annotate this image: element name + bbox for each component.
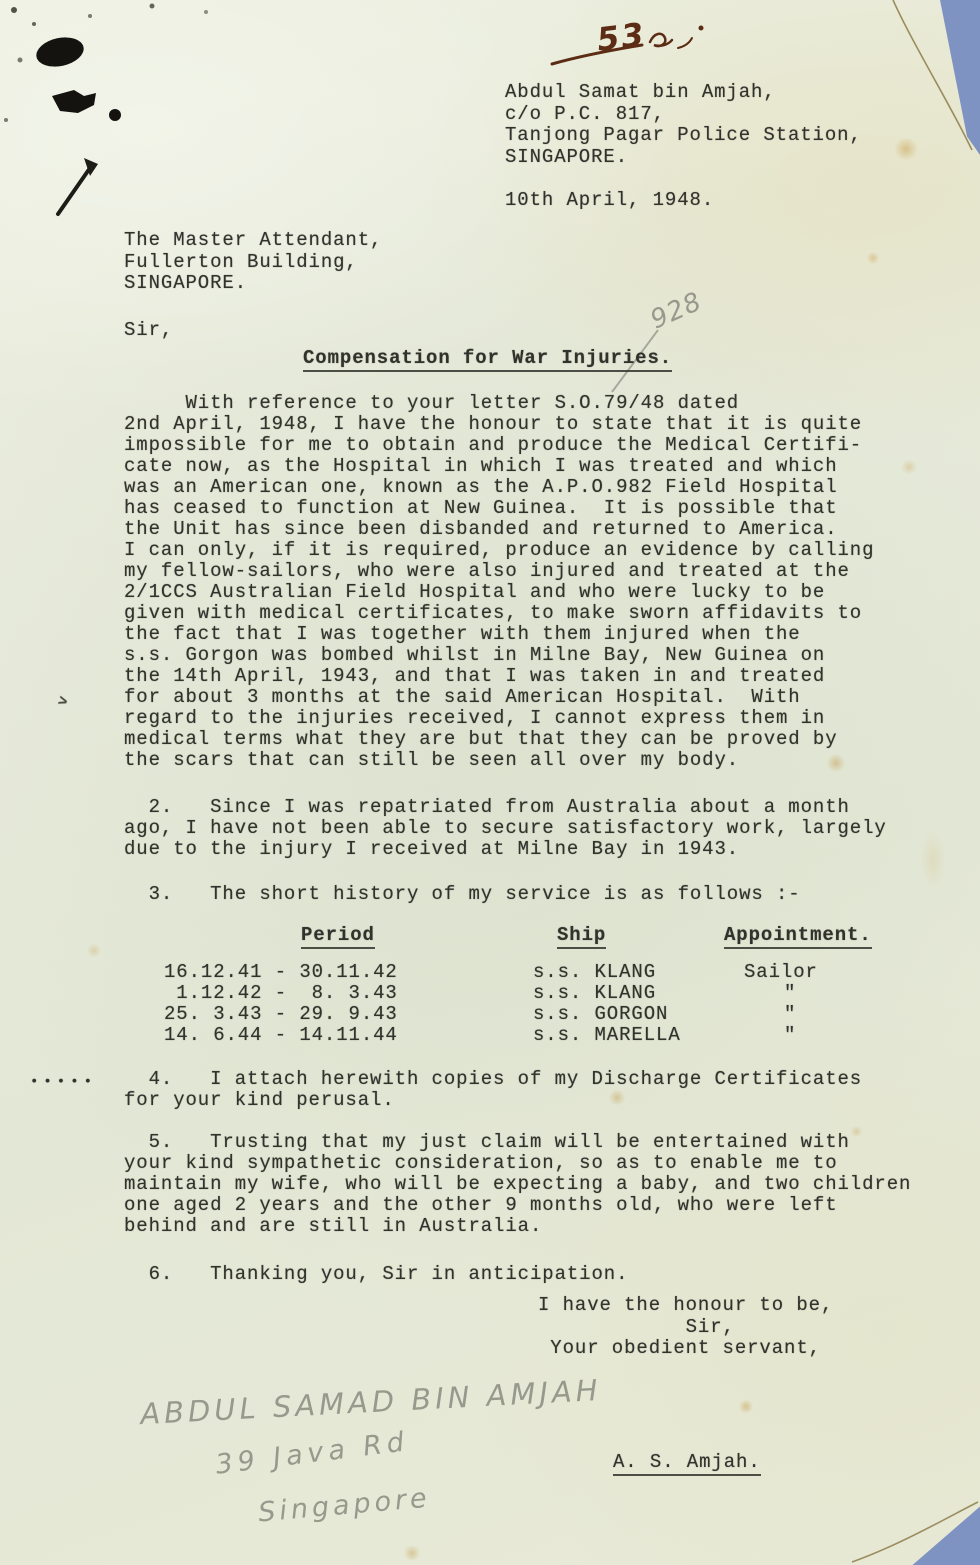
paragraph-3: 3. The short history of my service is as… xyxy=(124,884,801,905)
file-number-annotation: 53 xyxy=(595,15,648,59)
table-row-ship: s.s. GORGON xyxy=(533,1004,668,1025)
table-header-ship-text: Ship xyxy=(557,924,606,949)
table-row-period: 16.12.41 - 30.11.42 xyxy=(164,962,398,983)
paragraph-1: With reference to your letter S.O.79/48 … xyxy=(124,393,874,771)
salutation: Sir, xyxy=(124,320,173,341)
typed-signature-text: A. S. Amjah. xyxy=(613,1451,761,1476)
table-row-appointment: " xyxy=(784,983,796,1004)
table-header-ship: Ship xyxy=(557,925,606,946)
scanned-letter-page: { "colors": { "background": "#7f93c3", "… xyxy=(0,0,980,1565)
table-row-appointment: " xyxy=(784,1004,796,1025)
table-row-period: 1.12.42 - 8. 3.43 xyxy=(164,983,398,1004)
table-header-appointment: Appointment. xyxy=(724,925,872,946)
typed-signature: A. S. Amjah. xyxy=(613,1452,761,1473)
table-row-appointment: Sailor xyxy=(744,962,818,983)
table-header-period-text: Period xyxy=(301,924,375,949)
table-row-ship: s.s. MARELLA xyxy=(533,1025,681,1046)
paragraph-5: 5. Trusting that my just claim will be e… xyxy=(124,1132,911,1237)
table-row-period: 25. 3.43 - 29. 9.43 xyxy=(164,1004,398,1025)
table-header-period: Period xyxy=(301,925,375,946)
table-row-appointment: " xyxy=(784,1025,796,1046)
margin-dots: ••••• xyxy=(30,1072,97,1093)
letter-date: 10th April, 1948. xyxy=(505,190,714,211)
paragraph-6: 6. Thanking you, Sir in anticipation. xyxy=(124,1264,628,1285)
table-row-ship: s.s. KLANG xyxy=(533,983,656,1004)
subject-text: Compensation for War Injuries. xyxy=(303,347,672,372)
closing-block: I have the honour to be, Sir, Your obedi… xyxy=(538,1295,833,1360)
recipient-address: The Master Attendant, Fullerton Building… xyxy=(124,230,382,295)
subject-line: Compensation for War Injuries. xyxy=(303,348,672,369)
paragraph-4: 4. I attach herewith copies of my Discha… xyxy=(124,1069,862,1111)
sender-address: Abdul Samat bin Amjah, c/o P.C. 817, Tan… xyxy=(505,82,862,168)
paragraph-2: 2. Since I was repatriated from Australi… xyxy=(124,797,887,860)
table-header-appointment-text: Appointment. xyxy=(724,924,872,949)
table-row-period: 14. 6.44 - 14.11.44 xyxy=(164,1025,398,1046)
table-row-ship: s.s. KLANG xyxy=(533,962,656,983)
